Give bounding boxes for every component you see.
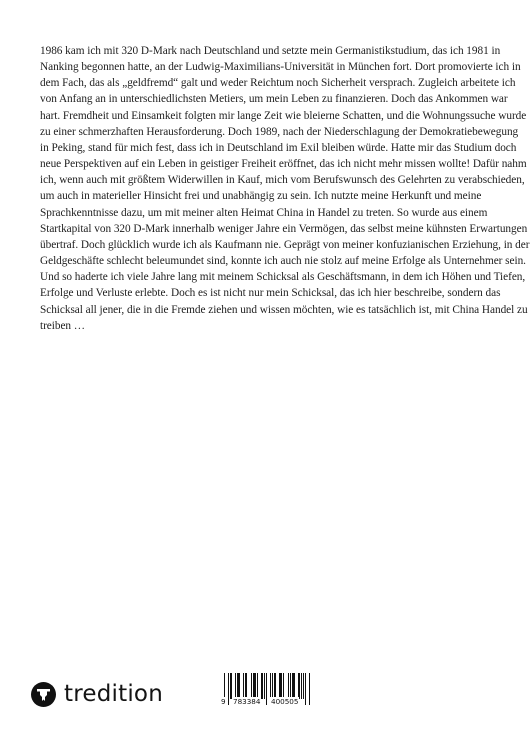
blurb-line: ich, wenn auch mit größtem Widerwillen i… [40, 172, 488, 188]
blurb-line: Schicksal all jener, die in die Fremde z… [40, 302, 488, 318]
blurb-line: übertraf. Doch glücklich wurde ich als K… [40, 237, 488, 253]
tredition-t-circle-icon [31, 682, 56, 707]
isbn-barcode: 9 783384 400505 [220, 673, 314, 713]
barcode-right-group: 400505 [270, 697, 299, 706]
blurb-line: Nanking begonnen hatte, an der Ludwig-Ma… [40, 59, 488, 75]
blurb-line: zu einer schmerzhaften Herausforderung. … [40, 124, 488, 140]
blurb-line: von Anfang an in unterschiedlichsten Met… [40, 91, 488, 107]
blurb-line: in Peking, stand für mich fest, dass ich… [40, 140, 488, 156]
blurb-line: Und so haderte ich viele Jahre lang mit … [40, 269, 488, 285]
blurb-line: um auch in materieller Hinsicht frei und… [40, 188, 488, 204]
blurb-text: 1986 kam ich mit 320 D-Mark nach Deutsch… [40, 43, 488, 334]
blurb-line: 1986 kam ich mit 320 D-Mark nach Deutsch… [40, 43, 488, 59]
blurb-line: Geldgeschäfte schlecht beleumundet sind,… [40, 253, 488, 269]
publisher-logo: tredition [31, 679, 163, 709]
publisher-name: tredition [64, 683, 163, 706]
blurb-line: Startkapital von 320 D-Mark innerhalb we… [40, 221, 488, 237]
blurb-line: hart. Fremdheit und Einsamkeit folgten m… [40, 108, 488, 124]
blurb-line: dem Fach, das als „geldfremd“ galt und w… [40, 75, 488, 91]
barcode-left-group: 783384 [232, 697, 261, 706]
back-cover-page: 1986 kam ich mit 320 D-Mark nach Deutsch… [0, 0, 531, 750]
blurb-line: Sprachkenntnisse dazu, um mit meiner alt… [40, 205, 488, 221]
blurb-line: Erfolge und Verluste erlebte. Doch es is… [40, 285, 488, 301]
blurb-line: neue Perspektiven auf ein Leben in geist… [40, 156, 488, 172]
barcode-prefix-digit: 9 [220, 697, 227, 706]
blurb-line: treiben … [40, 318, 488, 334]
